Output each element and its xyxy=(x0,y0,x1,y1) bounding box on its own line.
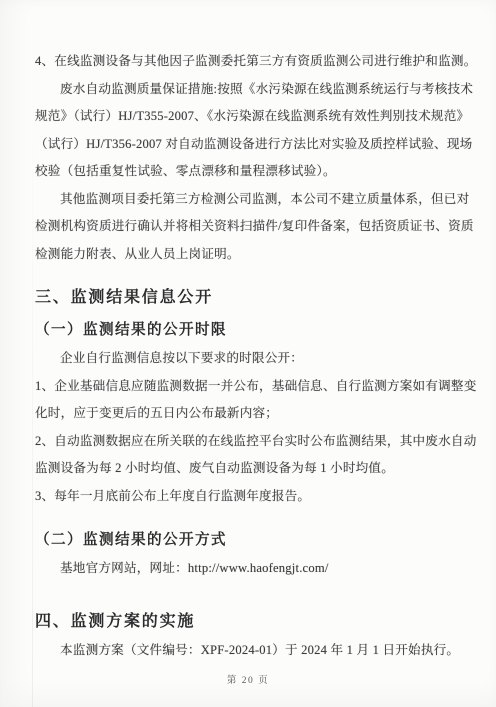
subsection-heading: （一）监测结果的公开时限 xyxy=(35,315,470,345)
paragraph-first-line: 基地官方网站，网址：http://www.haofengjt.com/ xyxy=(35,555,470,583)
paragraph-line: 检测机构资质进行确认并将相关资料扫描件/复印件备案，包括资质证书、资质 xyxy=(35,213,470,241)
section-heading: 四、监测方案的实施 xyxy=(35,606,470,637)
paragraph-line: 校验（包括重复性试验、零点漂移和量程漂移试验）。 xyxy=(35,158,470,186)
page-number: 第 20 页 xyxy=(0,672,496,686)
paragraph-line: 3、每年一月底前公布上年度自行监测年度报告。 xyxy=(35,483,470,511)
document-content: 4、在线监测设备与其他因子监测委托第三方有资质监测公司进行维护和监测。废水自动监… xyxy=(35,48,470,664)
document-page: 4、在线监测设备与其他因子监测委托第三方有资质监测公司进行维护和监测。废水自动监… xyxy=(0,0,496,707)
paragraph-line: 4、在线监测设备与其他因子监测委托第三方有资质监测公司进行维护和监测。 xyxy=(35,48,470,76)
paragraph-line: （试行）HJ/T356-2007 对自动监测设备进行方法比对实验及质控样试验、现… xyxy=(35,131,470,159)
scan-fold-artifact xyxy=(32,110,33,707)
paragraph-line: 检测能力附表、从业人员上岗证明。 xyxy=(35,241,470,269)
paragraph-line: 化时，应于变更后的五日内公布最新内容； xyxy=(35,400,470,428)
paragraph-line: 2、自动监测数据应在所关联的在线监控平台实时公布监测结果，其中废水自动 xyxy=(35,428,470,456)
section-heading: 三、监测结果信息公开 xyxy=(35,282,470,313)
paragraph-line: 监测设备为每 2 小时均值、废气自动监测设备为每 1 小时均值。 xyxy=(35,455,470,483)
paragraph-first-line: 本监测方案（文件编号：XPF-2024-01）于 2024 年 1 月 1 日开… xyxy=(35,637,470,665)
paragraph-line: 1、企业基础信息应随监测数据一并公布，基础信息、自行监测方案如有调整变 xyxy=(35,373,470,401)
paragraph-first-line: 废水自动监测质量保证措施:按照《水污染源在线监测系统运行与考核技术 xyxy=(35,76,470,104)
paragraph-line: 规范》（试行）HJ/T355-2007、《水污染源在线监测系统有效性判别技术规范… xyxy=(35,103,470,131)
subsection-heading: （二）监测结果的公开方式 xyxy=(35,525,470,555)
paragraph-first-line: 企业自行监测信息按以下要求的时限公开： xyxy=(35,345,470,373)
paragraph-first-line: 其他监测项目委托第三方检测公司监测，本公司不建立质量体系，但已对 xyxy=(35,186,470,214)
